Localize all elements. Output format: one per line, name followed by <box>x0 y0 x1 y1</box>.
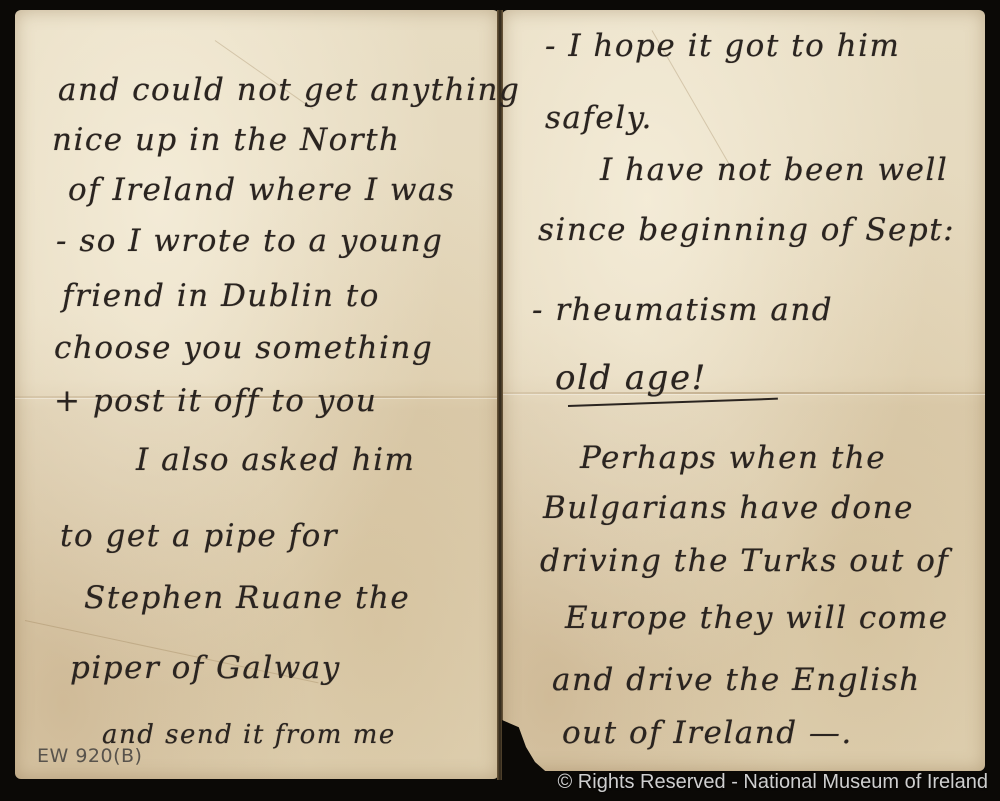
handwritten-line: driving the Turks out of <box>540 543 949 579</box>
handwritten-line: Europe they will come <box>565 600 949 636</box>
handwritten-line: and could not get anything <box>58 72 520 108</box>
handwritten-line: friend in Dublin to <box>62 278 380 314</box>
handwritten-line: I also asked him <box>136 442 415 478</box>
handwritten-line: and send it from me <box>102 720 396 750</box>
handwritten-line: choose you something <box>54 330 433 366</box>
handwritten-line: I have not been well <box>600 152 948 188</box>
handwritten-line: - so I wrote to a young <box>56 223 443 259</box>
handwritten-line: nice up in the North <box>52 122 401 158</box>
handwritten-line: + post it off to you <box>54 383 377 419</box>
handwritten-line: to get a pipe for <box>60 518 338 554</box>
handwritten-line: - I hope it got to him <box>545 28 900 64</box>
catalog-number: EW 920(B) <box>37 745 142 767</box>
handwritten-line: - rheumatism and <box>532 292 833 328</box>
handwritten-line: since beginning of Sept: <box>538 212 955 248</box>
handwritten-line: of Ireland where I was <box>68 172 455 208</box>
handwritten-line: Stephen Ruane the <box>84 580 410 616</box>
handwritten-line: Perhaps when the <box>580 440 886 476</box>
handwritten-line: Bulgarians have done <box>543 490 914 526</box>
page-gutter <box>497 10 503 780</box>
handwritten-line: old age! <box>555 358 707 398</box>
copyright-notice: © Rights Reserved - National Museum of I… <box>558 771 988 794</box>
handwritten-line: safely. <box>545 100 653 136</box>
handwritten-line: and drive the English <box>552 662 921 698</box>
handwritten-line: out of Ireland —. <box>562 715 853 751</box>
handwritten-line: piper of Galway <box>70 650 341 686</box>
